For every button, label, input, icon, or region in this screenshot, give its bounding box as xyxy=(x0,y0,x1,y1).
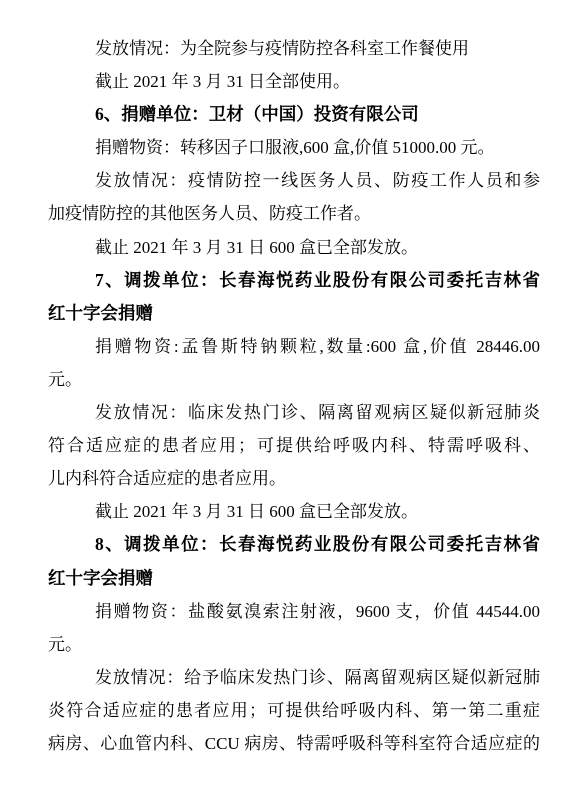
document-line: 6、捐赠单位：卫材（中国）投资有限公司 xyxy=(48,98,540,131)
document-line: 儿内科符合适应症的患者应用。 xyxy=(48,462,540,495)
document-line: 7、调拨单位：长春海悦药业股份有限公司委托吉林省 xyxy=(48,264,540,297)
body-paragraph: 捐赠物资：盐酸氨溴索注射液，9600 支，价值 44544.00元。 xyxy=(48,595,540,661)
document-body: 发放情况：为全院参与疫情防控各科室工作餐使用截止 2021 年 3 月 31 日… xyxy=(48,32,540,760)
document-line: 符合适应症的患者应用；可提供给呼吸内科、特需呼吸科、 xyxy=(48,429,540,462)
document-line: 捐赠物资:孟鲁斯特钠颗粒,数量:600 盒,价值 28446.00 xyxy=(48,330,540,363)
document-line: 元。 xyxy=(48,363,540,396)
body-paragraph: 发放情况：为全院参与疫情防控各科室工作餐使用 xyxy=(48,32,540,65)
document-line: 发放情况：为全院参与疫情防控各科室工作餐使用 xyxy=(48,32,540,65)
body-paragraph: 捐赠物资：转移因子口服液,600 盒,价值 51000.00 元。 xyxy=(48,131,540,164)
document-page: 发放情况：为全院参与疫情防控各科室工作餐使用截止 2021 年 3 月 31 日… xyxy=(0,0,586,794)
heading-paragraph: 6、捐赠单位：卫材（中国）投资有限公司 xyxy=(48,98,540,131)
document-line: 加疫情防控的其他医务人员、防疫工作者。 xyxy=(48,197,540,230)
document-line: 病房、心血管内科、CCU 病房、特需呼吸科等科室符合适应症的 xyxy=(48,727,540,760)
heading-paragraph: 7、调拨单位：长春海悦药业股份有限公司委托吉林省红十字会捐赠 xyxy=(48,264,540,330)
document-line: 截止 2021 年 3 月 31 日全部使用。 xyxy=(48,65,540,98)
document-line: 红十字会捐赠 xyxy=(48,297,540,330)
document-line: 发放情况：疫情防控一线医务人员、防疫工作人员和参 xyxy=(48,164,540,197)
document-line: 炎符合适应症的患者应用；可提供给呼吸内科、第一第二重症 xyxy=(48,694,540,727)
document-line: 8、调拨单位：长春海悦药业股份有限公司委托吉林省 xyxy=(48,528,540,561)
document-line: 捐赠物资：转移因子口服液,600 盒,价值 51000.00 元。 xyxy=(48,131,540,164)
document-line: 发放情况：给予临床发热门诊、隔离留观病区疑似新冠肺 xyxy=(48,661,540,694)
body-paragraph: 发放情况：疫情防控一线医务人员、防疫工作人员和参加疫情防控的其他医务人员、防疫工… xyxy=(48,164,540,230)
document-line: 捐赠物资：盐酸氨溴索注射液，9600 支，价值 44544.00 xyxy=(48,595,540,628)
body-paragraph: 发放情况：临床发热门诊、隔离留观病区疑似新冠肺炎符合适应症的患者应用；可提供给呼… xyxy=(48,396,540,495)
body-paragraph: 截止 2021 年 3 月 31 日 600 盒已全部发放。 xyxy=(48,495,540,528)
document-line: 红十字会捐赠 xyxy=(48,562,540,595)
document-line: 发放情况：临床发热门诊、隔离留观病区疑似新冠肺炎 xyxy=(48,396,540,429)
body-paragraph: 截止 2021 年 3 月 31 日 600 盒已全部发放。 xyxy=(48,231,540,264)
body-paragraph: 截止 2021 年 3 月 31 日全部使用。 xyxy=(48,65,540,98)
document-line: 截止 2021 年 3 月 31 日 600 盒已全部发放。 xyxy=(48,231,540,264)
body-paragraph: 发放情况：给予临床发热门诊、隔离留观病区疑似新冠肺炎符合适应症的患者应用；可提供… xyxy=(48,661,540,760)
body-paragraph: 捐赠物资:孟鲁斯特钠颗粒,数量:600 盒,价值 28446.00元。 xyxy=(48,330,540,396)
document-line: 截止 2021 年 3 月 31 日 600 盒已全部发放。 xyxy=(48,495,540,528)
document-line: 元。 xyxy=(48,628,540,661)
heading-paragraph: 8、调拨单位：长春海悦药业股份有限公司委托吉林省红十字会捐赠 xyxy=(48,528,540,594)
